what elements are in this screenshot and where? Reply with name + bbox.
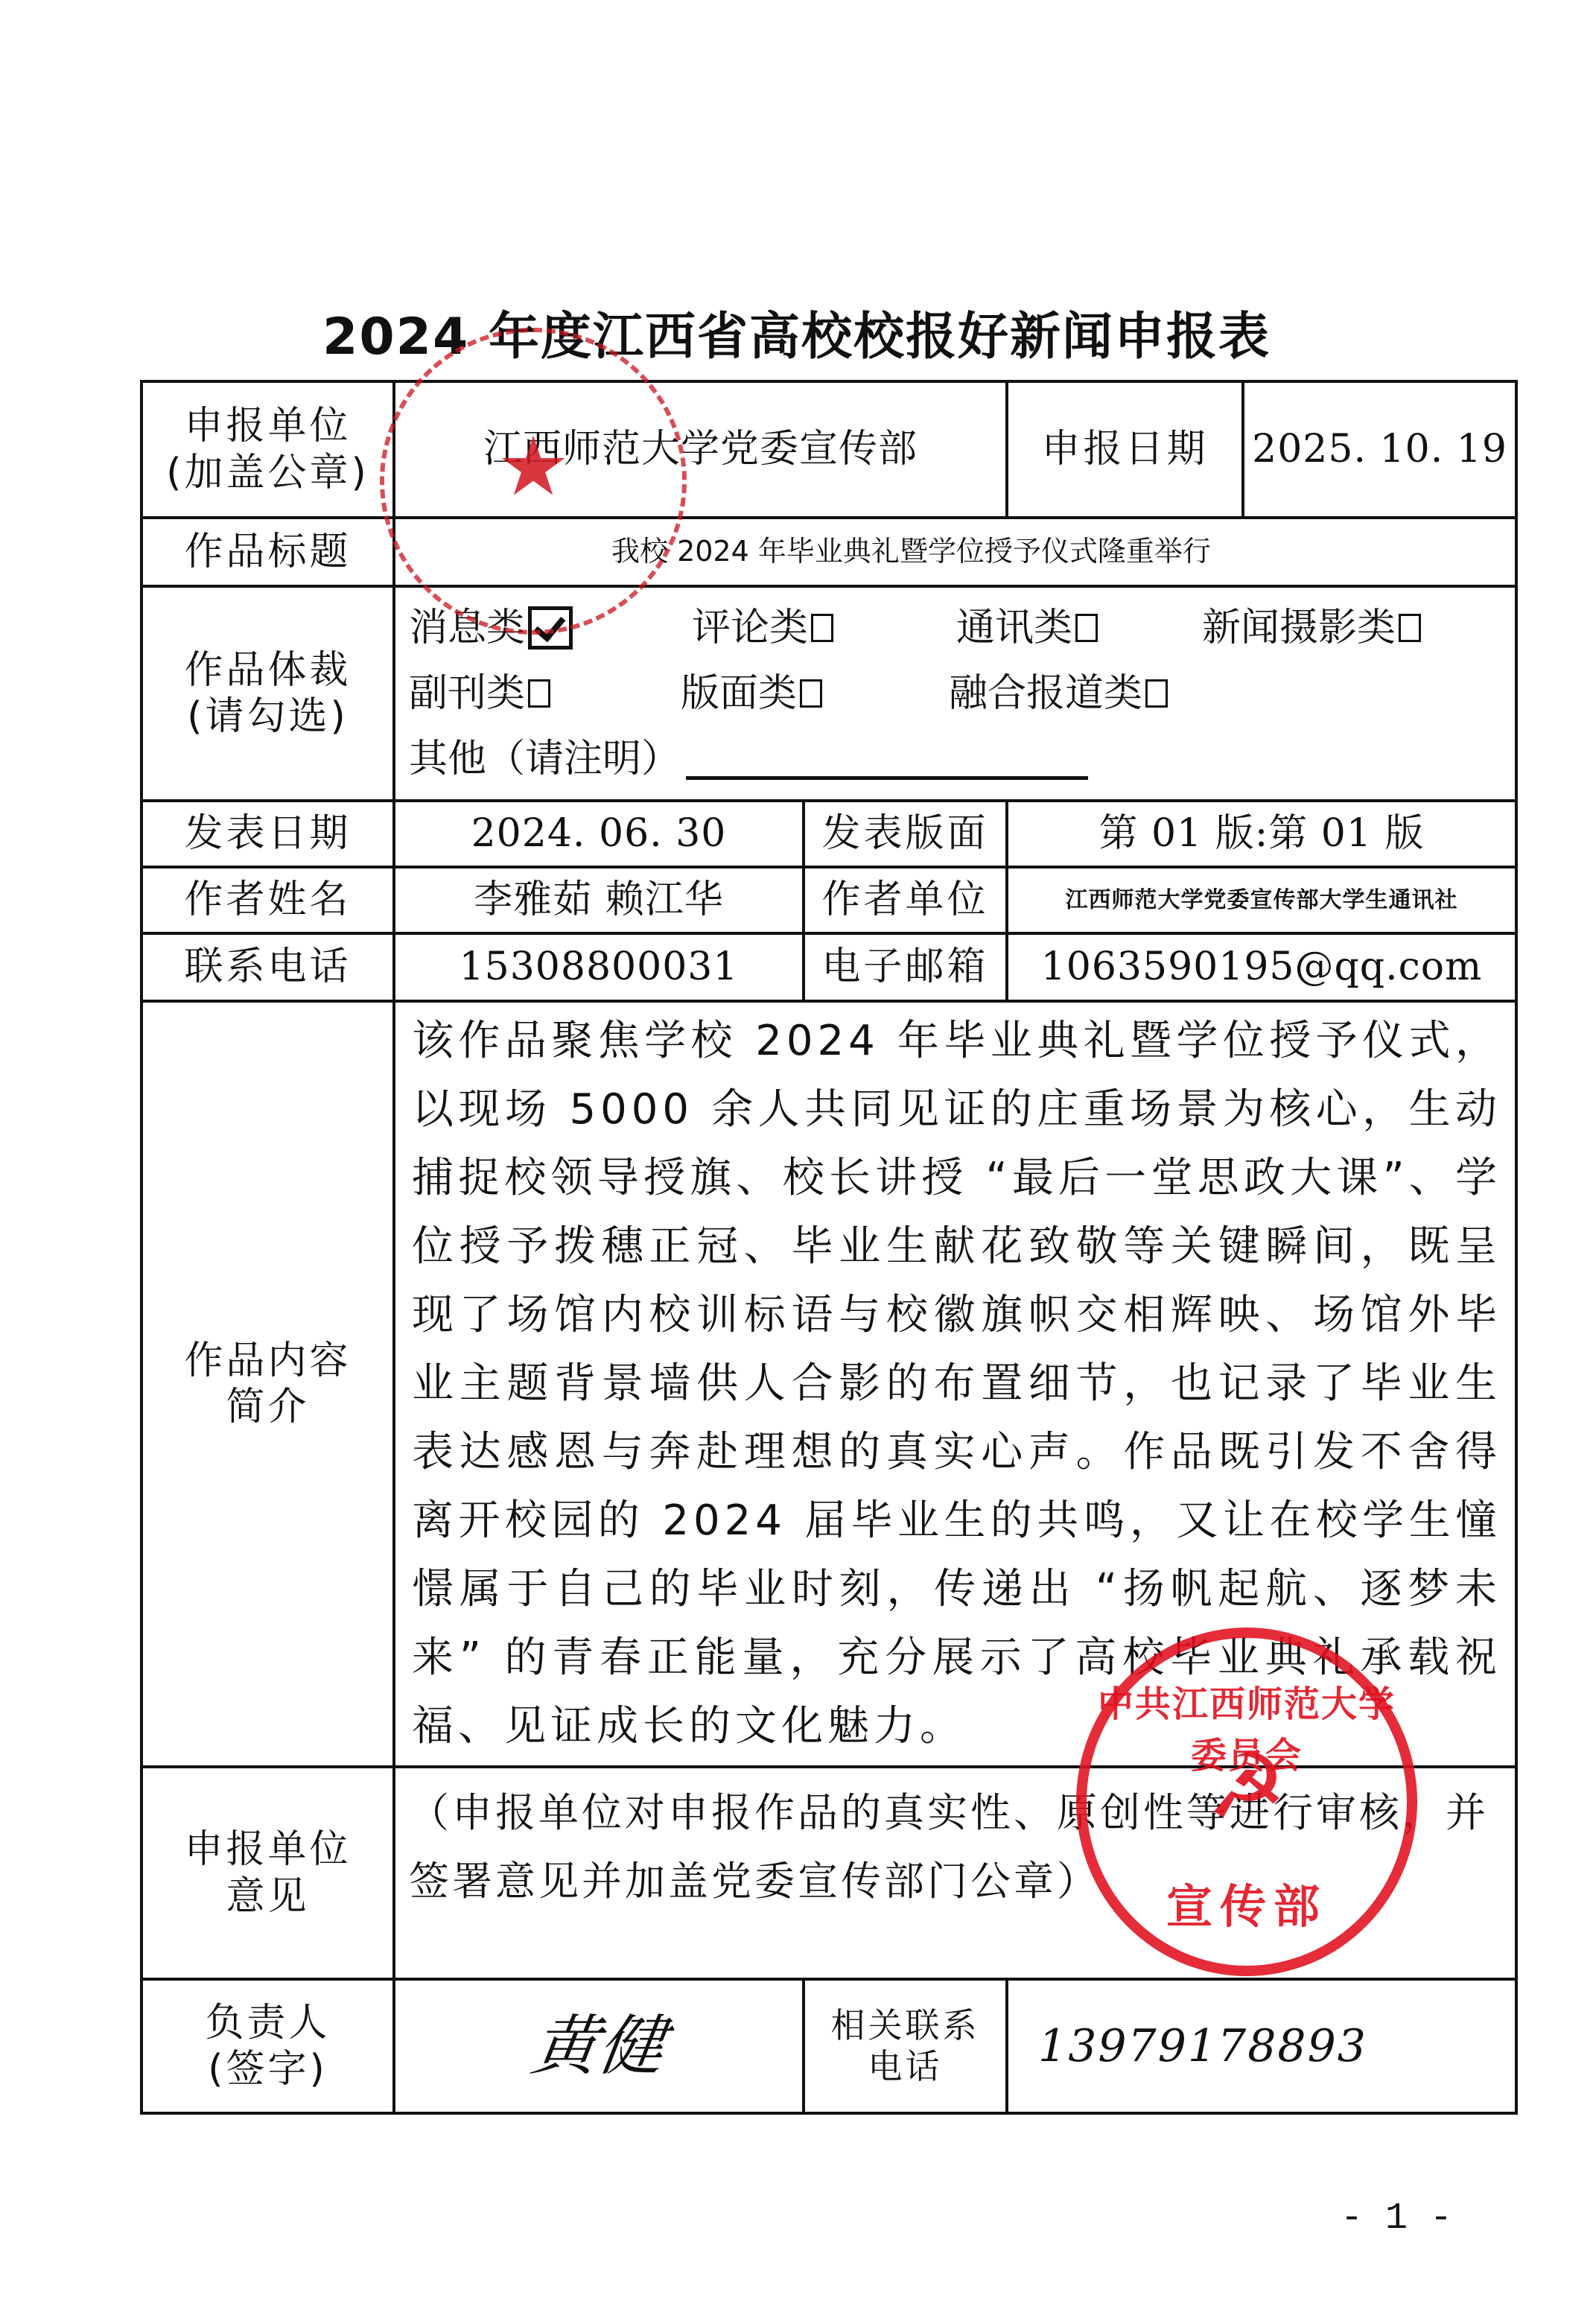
contact-phone-value[interactable]: 15308800031 <box>394 933 804 1001</box>
row-unit: 申报单位 (加盖公章) 江西师范大学党委宣传部 申报日期 2025. 10. 1… <box>142 381 1516 518</box>
checkbox-checked-icon[interactable] <box>528 606 573 650</box>
checkbox-icon[interactable] <box>1075 614 1098 642</box>
publish-page-label: 发表版面 <box>804 801 1007 867</box>
genre-label-line1: 作品体裁 <box>143 647 392 693</box>
row-work-title: 作品标题 我校 2024 年毕业典礼暨学位授予仪式隆重举行 <box>142 518 1516 586</box>
unit-label-line2: (加盖公章) <box>143 450 392 496</box>
page-number: - 1 - <box>1341 2197 1452 2240</box>
genre-option-convergence[interactable]: 融合报道类 <box>949 670 1168 717</box>
summary-label: 作品内容 简介 <box>142 1001 394 1767</box>
genre-options: 消息类 评论类 通讯类 新闻摄影类 副刊类 版面类 <box>394 586 1516 801</box>
work-title-value[interactable]: 我校 2024 年毕业典礼暨学位授予仪式隆重举行 <box>394 518 1516 586</box>
row-contact: 联系电话 15308800031 电子邮箱 1063590195@qq.com <box>142 933 1516 1001</box>
opinion-label: 申报单位 意见 <box>142 1767 394 1979</box>
summary-label-line1: 作品内容 <box>143 1338 392 1384</box>
checkbox-icon[interactable] <box>1399 614 1421 642</box>
related-phone-label-line1: 相关联系 <box>805 2005 1005 2046</box>
responsible-label-line2: (签字) <box>143 2046 392 2092</box>
related-phone-label-line2: 电话 <box>805 2046 1005 2087</box>
genre-option-label: 版面类 <box>681 670 797 717</box>
work-title-label: 作品标题 <box>142 518 394 586</box>
checkbox-icon[interactable] <box>1145 679 1168 708</box>
genre-option-feature[interactable]: 通讯类 <box>956 605 1202 651</box>
form-title: 2024 年度江西省高校校报好新闻申报表 <box>0 296 1593 369</box>
checkbox-icon[interactable] <box>800 679 822 708</box>
publish-date-value[interactable]: 2024. 06. 30 <box>394 801 804 867</box>
email-value[interactable]: 1063590195@qq.com <box>1007 933 1516 1001</box>
signature-field[interactable]: 黄健 <box>394 1979 804 2113</box>
handwritten-signature: 黄健 <box>527 2007 671 2086</box>
summary-text[interactable]: 该作品聚焦学校 2024 年毕业典礼暨学位授予仪式，以现场 5000 余人共同见… <box>394 1001 1516 1767</box>
unit-label: 申报单位 (加盖公章) <box>142 381 394 518</box>
responsible-label-line1: 负责人 <box>143 2000 392 2046</box>
apply-date-label: 申报日期 <box>1007 381 1243 518</box>
publish-date-label: 发表日期 <box>142 801 394 867</box>
genre-option-commentary[interactable]: 评论类 <box>692 605 956 651</box>
opinion-label-line1: 申报单位 <box>143 1826 392 1873</box>
email-label: 电子邮箱 <box>804 933 1007 1001</box>
genre-row-2: 副刊类 版面类 融合报道类 <box>409 661 1501 726</box>
genre-option-label: 副刊类 <box>409 670 525 717</box>
author-name-label: 作者姓名 <box>142 867 394 933</box>
publish-page-value[interactable]: 第 01 版:第 01 版 <box>1007 801 1516 867</box>
contact-phone-label: 联系电话 <box>142 933 394 1001</box>
related-phone-value[interactable]: 13979178893 <box>1007 1979 1516 2113</box>
author-unit-label: 作者单位 <box>804 867 1007 933</box>
genre-option-label: 融合报道类 <box>949 670 1142 717</box>
author-name-value[interactable]: 李雅茹 赖江华 <box>394 867 804 933</box>
row-opinion: 申报单位 意见 （申报单位对申报作品的真实性、原创性等进行审核，并签署意见并加盖… <box>142 1767 1516 1979</box>
genre-option-supplement[interactable]: 副刊类 <box>409 670 681 717</box>
genre-option-label: 新闻摄影类 <box>1202 605 1396 651</box>
apply-date-value[interactable]: 2025. 10. 19 <box>1243 381 1516 518</box>
genre-option-label: 评论类 <box>692 605 808 651</box>
opinion-text[interactable]: （申报单位对申报作品的真实性、原创性等进行审核，并签署意见并加盖党委宣传部门公章… <box>394 1767 1516 1979</box>
genre-row-1: 消息类 评论类 通讯类 新闻摄影类 <box>409 595 1501 661</box>
genre-option-label: 通讯类 <box>956 605 1072 651</box>
summary-label-line2: 简介 <box>143 1384 392 1430</box>
genre-label-line2: (请勾选) <box>143 693 392 740</box>
row-genre: 作品体裁 (请勾选) 消息类 评论类 通讯类 新闻摄影类 副刊类 <box>142 586 1516 801</box>
checkbox-icon[interactable] <box>811 614 833 642</box>
genre-option-label: 消息类 <box>409 605 525 651</box>
row-author: 作者姓名 李雅茹 赖江华 作者单位 江西师范大学党委宣传部大学生通讯社 <box>142 867 1516 933</box>
unit-value[interactable]: 江西师范大学党委宣传部 <box>394 381 1007 518</box>
row-publish: 发表日期 2024. 06. 30 发表版面 第 01 版:第 01 版 <box>142 801 1516 867</box>
responsible-label: 负责人 (签字) <box>142 1979 394 2113</box>
row-responsible: 负责人 (签字) 黄健 相关联系 电话 13979178893 <box>142 1979 1516 2113</box>
genre-row-3: 其他（请注明） <box>409 726 1501 792</box>
row-summary: 作品内容 简介 该作品聚焦学校 2024 年毕业典礼暨学位授予仪式，以现场 50… <box>142 1001 1516 1767</box>
genre-other-label: 其他（请注明） <box>409 736 680 782</box>
genre-other-input[interactable] <box>686 739 1088 780</box>
application-form-table: 申报单位 (加盖公章) 江西师范大学党委宣传部 申报日期 2025. 10. 1… <box>140 380 1518 2115</box>
related-phone-label: 相关联系 电话 <box>804 1979 1007 2113</box>
opinion-label-line2: 意见 <box>143 1873 392 1920</box>
genre-option-photo[interactable]: 新闻摄影类 <box>1202 605 1421 651</box>
author-unit-value[interactable]: 江西师范大学党委宣传部大学生通讯社 <box>1007 867 1516 933</box>
genre-option-news[interactable]: 消息类 <box>409 605 692 651</box>
unit-label-line1: 申报单位 <box>143 403 392 449</box>
genre-label: 作品体裁 (请勾选) <box>142 586 394 801</box>
checkbox-icon[interactable] <box>528 679 550 708</box>
genre-option-layout[interactable]: 版面类 <box>681 670 949 717</box>
